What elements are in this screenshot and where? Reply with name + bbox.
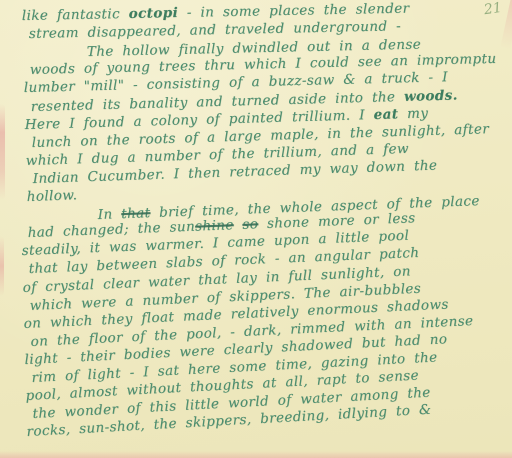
scan-artifact-left-edge-lower [0, 236, 4, 296]
overwritten-word: octopi [129, 5, 179, 22]
overwritten-word: eat [373, 106, 398, 123]
scan-artifact-top-right-edge [500, 0, 512, 49]
struck-word: shine [195, 217, 234, 234]
scan-artifact-left-edge [0, 104, 5, 200]
line-text: my [398, 105, 428, 122]
line-text: hollow. [26, 187, 77, 205]
line-text: like fantastic [22, 6, 129, 24]
struck-word: so [242, 216, 258, 233]
page-number: 21 [483, 0, 503, 18]
overwritten-word: woods. [404, 87, 458, 104]
scan-artifact-bottom-edge [0, 451, 512, 458]
manuscript-page: 21 like fantastic octopi - in some place… [0, 0, 512, 458]
manuscript-line: hollow. [26, 187, 77, 205]
